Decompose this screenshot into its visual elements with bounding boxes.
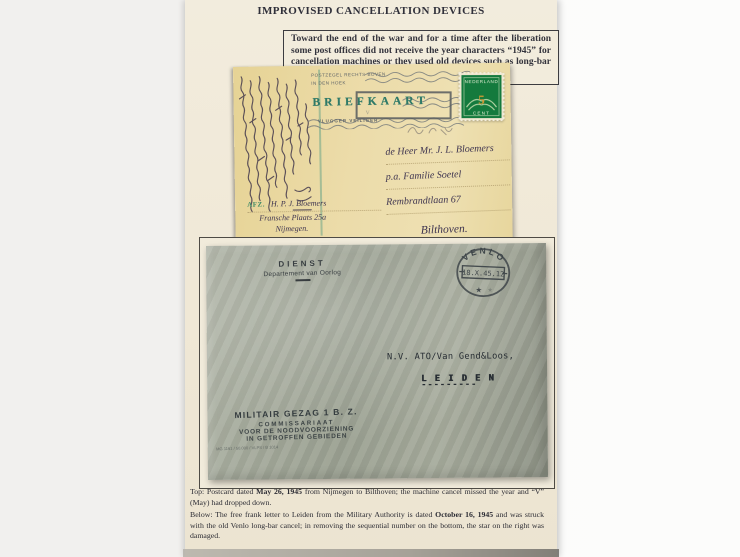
stamp-value: 5 [478,92,485,107]
postcard: POSTZEGEL RECHTS BOVEN IN DEN HOEK BRIEF… [233,63,513,242]
sender-block: AFZ.H. P. J. Bloemers Fransche Plaats 25… [247,197,382,236]
service-marking: DIENST Departement van Oorlog [242,258,363,283]
damaged-star-icon: ★ [487,287,493,294]
venlo-postmark: VENLO 18.X.45.12 ★ ★ [451,244,515,301]
caption-below: Below: The free frank letter to Leiden f… [190,510,544,542]
cancel-date-box: v [356,91,452,119]
caption-top: Top: Postcard dated May 26, 1945 from Ni… [190,487,544,508]
postage-stamp: NEDERLAND 5 CENT [458,72,504,121]
dropped-character: v [366,107,370,116]
typed-address-underline: --------- [421,379,514,390]
exhibit-page-photo: IMPROVISED CANCELLATION DEVICES Toward t… [0,0,740,557]
typed-address-line1: N.V. ATO/Van Gend&Loos, [387,351,514,362]
cancel-slogan-bottom: VLUGGER VEILIGER [318,118,379,124]
sender-line: Nijmegen. [247,222,381,236]
envelope: DIENST Departement van Oorlog VENLO 18.X… [206,243,548,480]
table-edge-shadow [183,549,559,557]
typed-address: N.V. ATO/Van Gend&Loos, L E I D E N ----… [387,351,515,390]
stamp-country: NEDERLAND [465,79,499,84]
underline-rule [295,279,310,281]
svg-text:VENLO: VENLO [460,245,508,265]
address-line: Bilthoven. [386,210,511,239]
recipient-address: de Heer Mr. J. L. Bloemers p.a. Familie … [385,137,511,238]
star-icon: ★ [475,285,482,294]
page-title: IMPROVISED CANCELLATION DEVICES [185,5,557,17]
sender-label: AFZ. [247,201,265,209]
service-line2: Departement van Oorlog [242,269,362,279]
stamp-unit: CENT [473,111,490,116]
military-cachet: MILITAIR GEZAG 1 B. Z. COMMISSARIAAT VOO… [215,406,378,457]
postmark-date: 18.X.45.12 [462,269,504,279]
caption: Top: Postcard dated May 26, 1945 from Ni… [190,487,544,544]
cancel-slogan-line2: IN DEN HOEK [311,80,346,86]
print-code: MG 1161 / 50.000 / VLPS / B 1014 [216,444,289,451]
postmark-town: VENLO [460,245,508,265]
service-line1: DIENST [242,258,362,270]
